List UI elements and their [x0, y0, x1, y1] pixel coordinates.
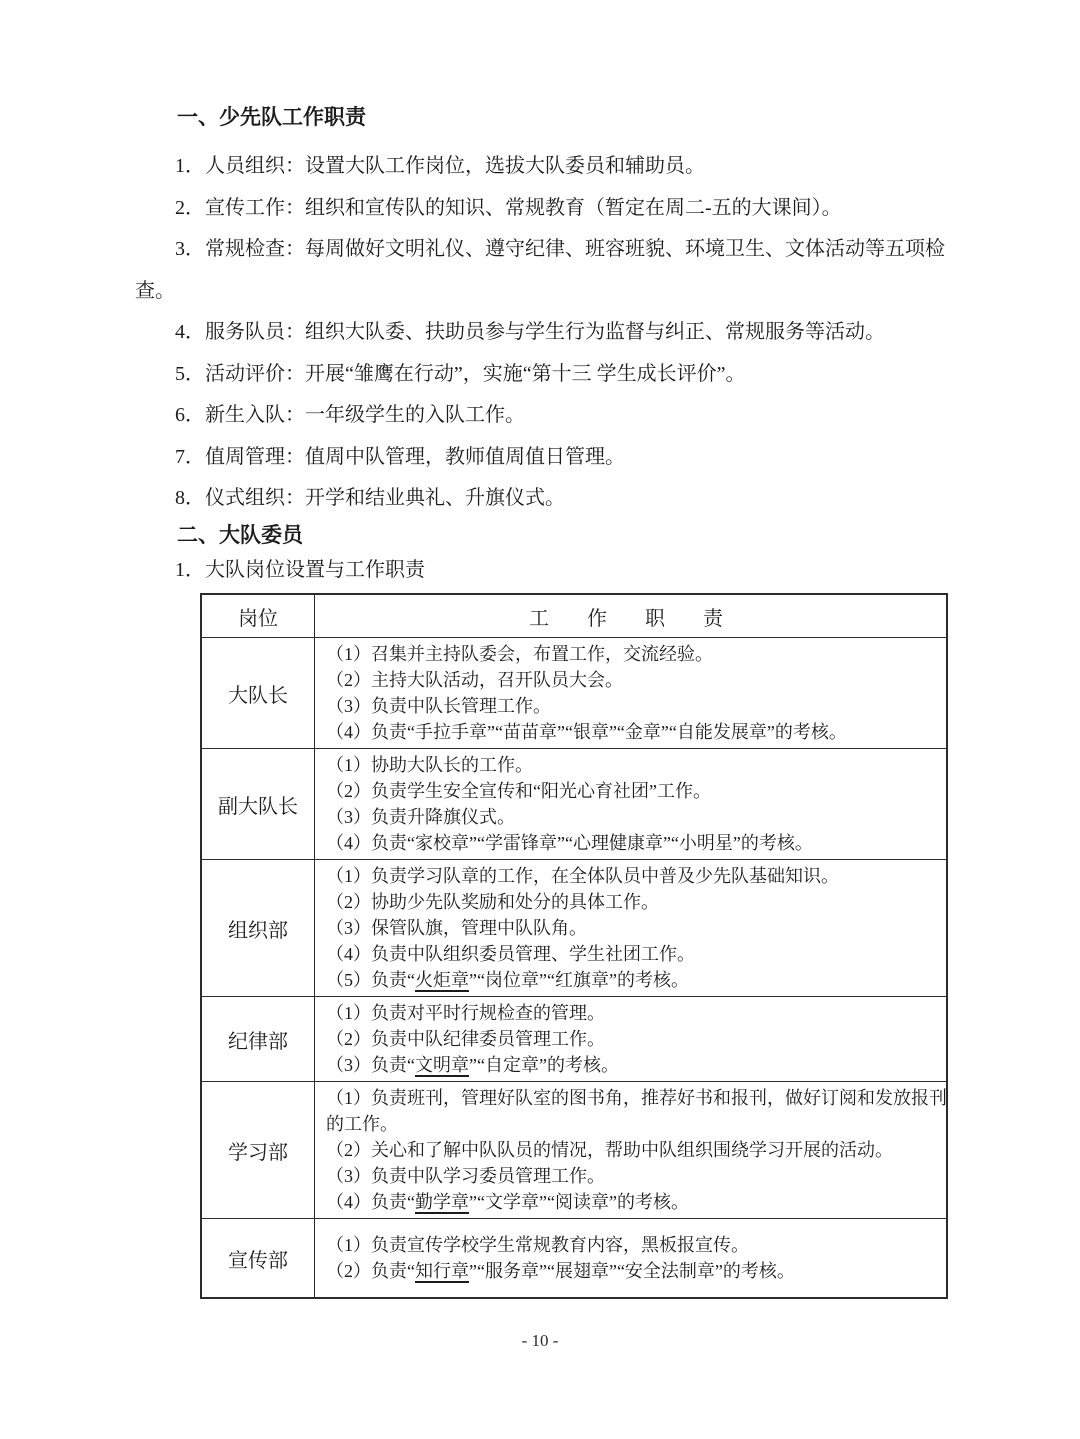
- section1-list: 1．人员组织：设置大队工作岗位，选拔大队委员和辅助员。2．宣传工作：组织和宣传队…: [135, 146, 947, 520]
- duty-line: （2）负责“知行章”“服务章”“展翅章”“安全法制章”的考核。: [326, 1258, 942, 1284]
- duty-line: （1）负责班刊，管理好队室的图书角，推荐好书和报刊，做好订阅和发放报刊: [326, 1085, 942, 1111]
- duty-table-head: 岗位 工 作 职 责: [201, 594, 947, 638]
- duty-line: （4）负责“手拉手章”“苗苗章”“银章”“金章”“自能发展章”的考核。: [326, 719, 942, 745]
- duties-cell: （1）负责学习队章的工作，在全体队员中普及少先队基础知识。（2）协助少先队奖励和…: [315, 860, 948, 997]
- duty-line: （4）负责中队组织委员管理、学生社团工作。: [326, 941, 942, 967]
- numbered-item: 5．活动评价：开展“雏鹰在行动”，实施“第十三 学生成长评价”。: [135, 354, 947, 396]
- table-row: 副大队长（1）协助大队长的工作。（2）负责学生安全宣传和“阳光心育社团”工作。（…: [201, 749, 947, 860]
- position-cell: 学习部: [201, 1082, 315, 1219]
- duty-line: （1）负责宣传学校学生常规教育内容，黑板报宣传。: [326, 1232, 942, 1258]
- duty-line: （3）负责中队学习委员管理工作。: [326, 1163, 942, 1189]
- numbered-item: 1．人员组织：设置大队工作岗位，选拔大队委员和辅助员。: [135, 146, 947, 188]
- numbered-item: 6．新生入队：一年级学生的入队工作。: [135, 395, 947, 437]
- numbered-item: 3．常规检查：每周做好文明礼仪、遵守纪律、班容班貌、环境卫生、文体活动等五项检查…: [135, 229, 947, 312]
- page-number: - 10 -: [0, 1331, 1080, 1351]
- table-row: 大队长（1）召集并主持队委会，布置工作，交流经验。（2）主持大队活动，召开队员大…: [201, 638, 947, 749]
- document-page: 一、少先队工作职责 1．人员组织：设置大队工作岗位，选拔大队委员和辅助员。2．宣…: [0, 0, 1080, 1439]
- document-content: 一、少先队工作职责 1．人员组织：设置大队工作岗位，选拔大队委员和辅助员。2．宣…: [135, 0, 947, 1299]
- duty-line: （2）协助少先队奖励和处分的具体工作。: [326, 889, 942, 915]
- position-cell: 大队长: [201, 638, 315, 749]
- duty-line: （1）协助大队长的工作。: [326, 752, 942, 778]
- table-row: 组织部（1）负责学习队章的工作，在全体队员中普及少先队基础知识。（2）协助少先队…: [201, 860, 947, 997]
- duty-line: （3）负责“文明章”“自定章”的考核。: [326, 1052, 942, 1078]
- duty-line: 的工作。: [326, 1111, 942, 1137]
- table-row: 纪律部（1）负责对平时行规检查的管理。（2）负责中队纪律委员管理工作。（3）负责…: [201, 997, 947, 1082]
- duties-cell: （1）协助大队长的工作。（2）负责学生安全宣传和“阳光心育社团”工作。（3）负责…: [315, 749, 948, 860]
- duty-line: （2）关心和了解中队队员的情况，帮助中队组织围绕学习开展的活动。: [326, 1137, 942, 1163]
- duty-line: （4）负责“家校章”“学雷锋章”“心理健康章”“小明星”的考核。: [326, 830, 942, 856]
- table-header-position: 岗位: [201, 594, 315, 638]
- section2-subheading: 1．大队岗位设置与工作职责: [135, 550, 947, 592]
- numbered-item: 4．服务队员：组织大队委、扶助员参与学生行为监督与纠正、常规服务等活动。: [135, 312, 947, 354]
- table-header-duties: 工 作 职 责: [315, 594, 948, 638]
- duty-line: （2）负责学生安全宣传和“阳光心育社团”工作。: [326, 778, 942, 804]
- duty-line: （2）负责中队纪律委员管理工作。: [326, 1026, 942, 1052]
- section2-heading: 二、大队委员: [177, 522, 947, 550]
- numbered-item: 8．仪式组织：开学和结业典礼、升旗仪式。: [135, 478, 947, 520]
- position-cell: 纪律部: [201, 997, 315, 1082]
- duties-cell: （1）负责班刊，管理好队室的图书角，推荐好书和报刊，做好订阅和发放报刊的工作。（…: [315, 1082, 948, 1219]
- duty-line: （1）召集并主持队委会，布置工作，交流经验。: [326, 641, 942, 667]
- duty-table: 岗位 工 作 职 责 大队长（1）召集并主持队委会，布置工作，交流经验。（2）主…: [200, 593, 948, 1299]
- duty-line: （1）负责对平时行规检查的管理。: [326, 1000, 942, 1026]
- duties-cell: （1）召集并主持队委会，布置工作，交流经验。（2）主持大队活动，召开队员大会。（…: [315, 638, 948, 749]
- table-row: 学习部（1）负责班刊，管理好队室的图书角，推荐好书和报刊，做好订阅和发放报刊的工…: [201, 1082, 947, 1219]
- duty-line: （3）负责升降旗仪式。: [326, 804, 942, 830]
- table-row: 宣传部（1）负责宣传学校学生常规教育内容，黑板报宣传。（2）负责“知行章”“服务…: [201, 1219, 947, 1299]
- duty-table-body: 大队长（1）召集并主持队委会，布置工作，交流经验。（2）主持大队活动，召开队员大…: [201, 638, 947, 1299]
- duty-line: （3）负责中队长管理工作。: [326, 693, 942, 719]
- position-cell: 宣传部: [201, 1219, 315, 1299]
- section1-heading: 一、少先队工作职责: [177, 104, 947, 132]
- duty-line: （4）负责“勤学章”“文学章”“阅读章”的考核。: [326, 1189, 942, 1215]
- position-cell: 副大队长: [201, 749, 315, 860]
- duty-table-header-row: 岗位 工 作 职 责: [201, 594, 947, 638]
- numbered-item: 2．宣传工作：组织和宣传队的知识、常规教育（暂定在周二-五的大课间）。: [135, 188, 947, 230]
- duties-cell: （1）负责宣传学校学生常规教育内容，黑板报宣传。（2）负责“知行章”“服务章”“…: [315, 1219, 948, 1299]
- duty-line: （2）主持大队活动，召开队员大会。: [326, 667, 942, 693]
- numbered-item: 7．值周管理：值周中队管理，教师值周值日管理。: [135, 437, 947, 479]
- position-cell: 组织部: [201, 860, 315, 997]
- duty-line: （3）保管队旗，管理中队队角。: [326, 915, 942, 941]
- duty-line: （1）负责学习队章的工作，在全体队员中普及少先队基础知识。: [326, 863, 942, 889]
- duty-line: （5）负责“火炬章”“岗位章”“红旗章”的考核。: [326, 967, 942, 993]
- duties-cell: （1）负责对平时行规检查的管理。（2）负责中队纪律委员管理工作。（3）负责“文明…: [315, 997, 948, 1082]
